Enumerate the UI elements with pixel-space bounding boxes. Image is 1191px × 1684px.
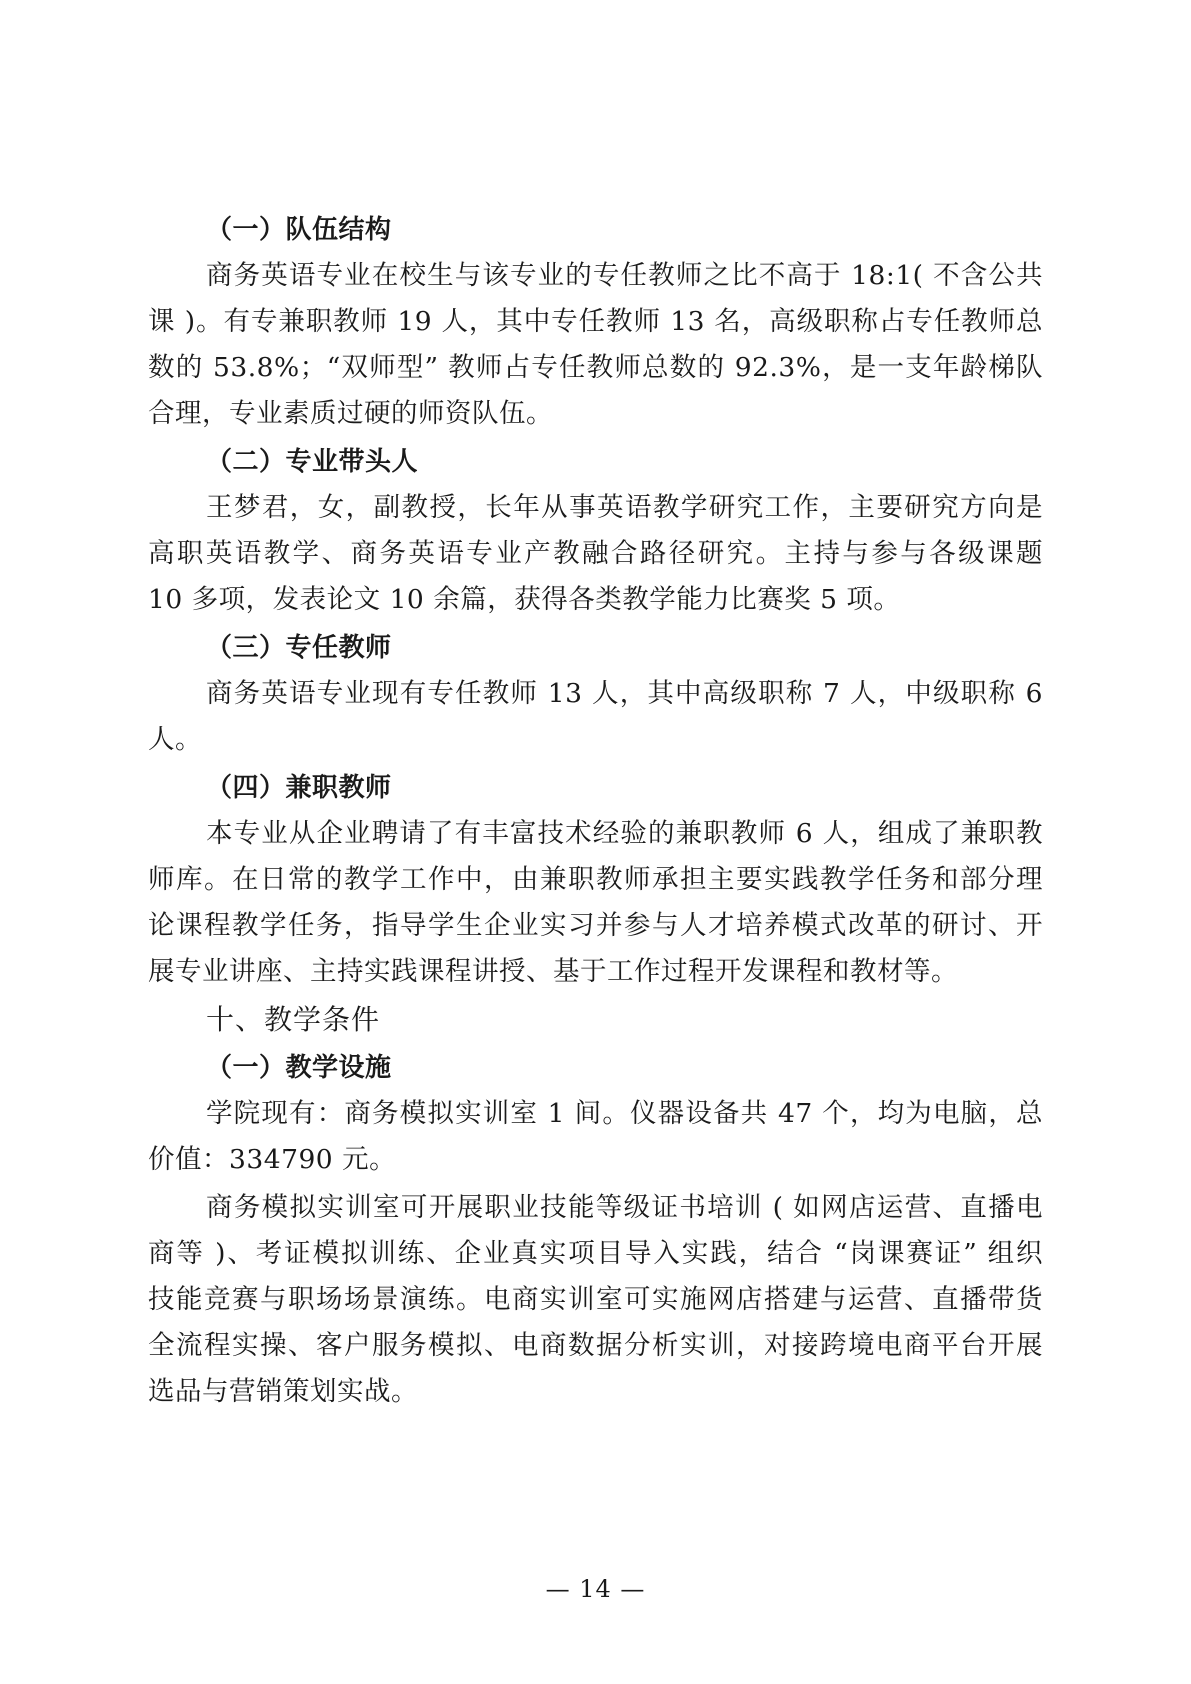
paragraph-line: 课 )。有专兼职教师 19 人，其中专任教师 13 名，高级职称占专任教师总 [148, 304, 1043, 340]
paragraph-line: 全流程实操、客户服务模拟、电商数据分析实训，对接跨境电商平台开展 [148, 1328, 1043, 1364]
page-number: — 14 — [0, 1575, 1191, 1603]
paragraph-line: 展专业讲座、主持实践课程讲授、基于工作过程开发课程和教材等。 [148, 954, 958, 990]
paragraph-line: 选品与营销策划实战。 [148, 1374, 418, 1410]
paragraph-line: 高职英语教学、商务英语专业产教融合路径研究。主持与参与各级课题 [148, 536, 1043, 572]
section-heading-teaching-facilities: （一）教学设施 [206, 1050, 392, 1086]
paragraph-line: 论课程教学任务，指导学生企业实习并参与人才培养模式改革的研讨、开 [148, 908, 1043, 944]
paragraph-line: 王梦君，女，副教授，长年从事英语教学研究工作，主要研究方向是 [206, 490, 1043, 526]
paragraph-line: 商务英语专业在校生与该专业的专任教师之比不高于 18:1( 不含公共 [206, 258, 1043, 294]
paragraph-line: 人。 [148, 722, 202, 758]
paragraph-line: 本专业从企业聘请了有丰富技术经验的兼职教师 6 人，组成了兼职教 [206, 816, 1043, 852]
paragraph-line: 商务模拟实训室可开展职业技能等级证书培训 ( 如网店运营、直播电 [206, 1190, 1043, 1226]
paragraph-line: 合理，专业素质过硬的师资队伍。 [148, 396, 553, 432]
paragraph-line: 商务英语专业现有专任教师 13 人，其中高级职称 7 人，中级职称 6 [206, 676, 1043, 712]
paragraph-line: 学院现有：商务模拟实训室 1 间。仪器设备共 47 个，均为电脑，总 [206, 1096, 1043, 1132]
paragraph-line: 师库。在日常的教学工作中，由兼职教师承担主要实践教学任务和部分理 [148, 862, 1043, 898]
paragraph-line: 数的 53.8%；“双师型” 教师占专任教师总数的 92.3%，是一支年龄梯队 [148, 350, 1043, 386]
paragraph-line: 10 多项，发表论文 10 余篇，获得各类教学能力比赛奖 5 项。 [148, 582, 900, 618]
section-heading-team-structure: （一）队伍结构 [206, 212, 392, 248]
section-heading-full-time-teachers: （三）专任教师 [206, 630, 392, 666]
paragraph-line: 技能竞赛与职场场景演练。电商实训室可实施网店搭建与运营、直播带货 [148, 1282, 1043, 1318]
section-heading-program-leader: （二）专业带头人 [206, 444, 418, 480]
paragraph-line: 价值：334790 元。 [148, 1142, 396, 1178]
paragraph-line: 商等 )、考证模拟训练、企业真实项目导入实践，结合 “岗课赛证” 组织 [148, 1236, 1043, 1272]
section-heading-part-time-teachers: （四）兼职教师 [206, 770, 392, 806]
chapter-heading-teaching-conditions: 十、教学条件 [206, 1002, 380, 1038]
